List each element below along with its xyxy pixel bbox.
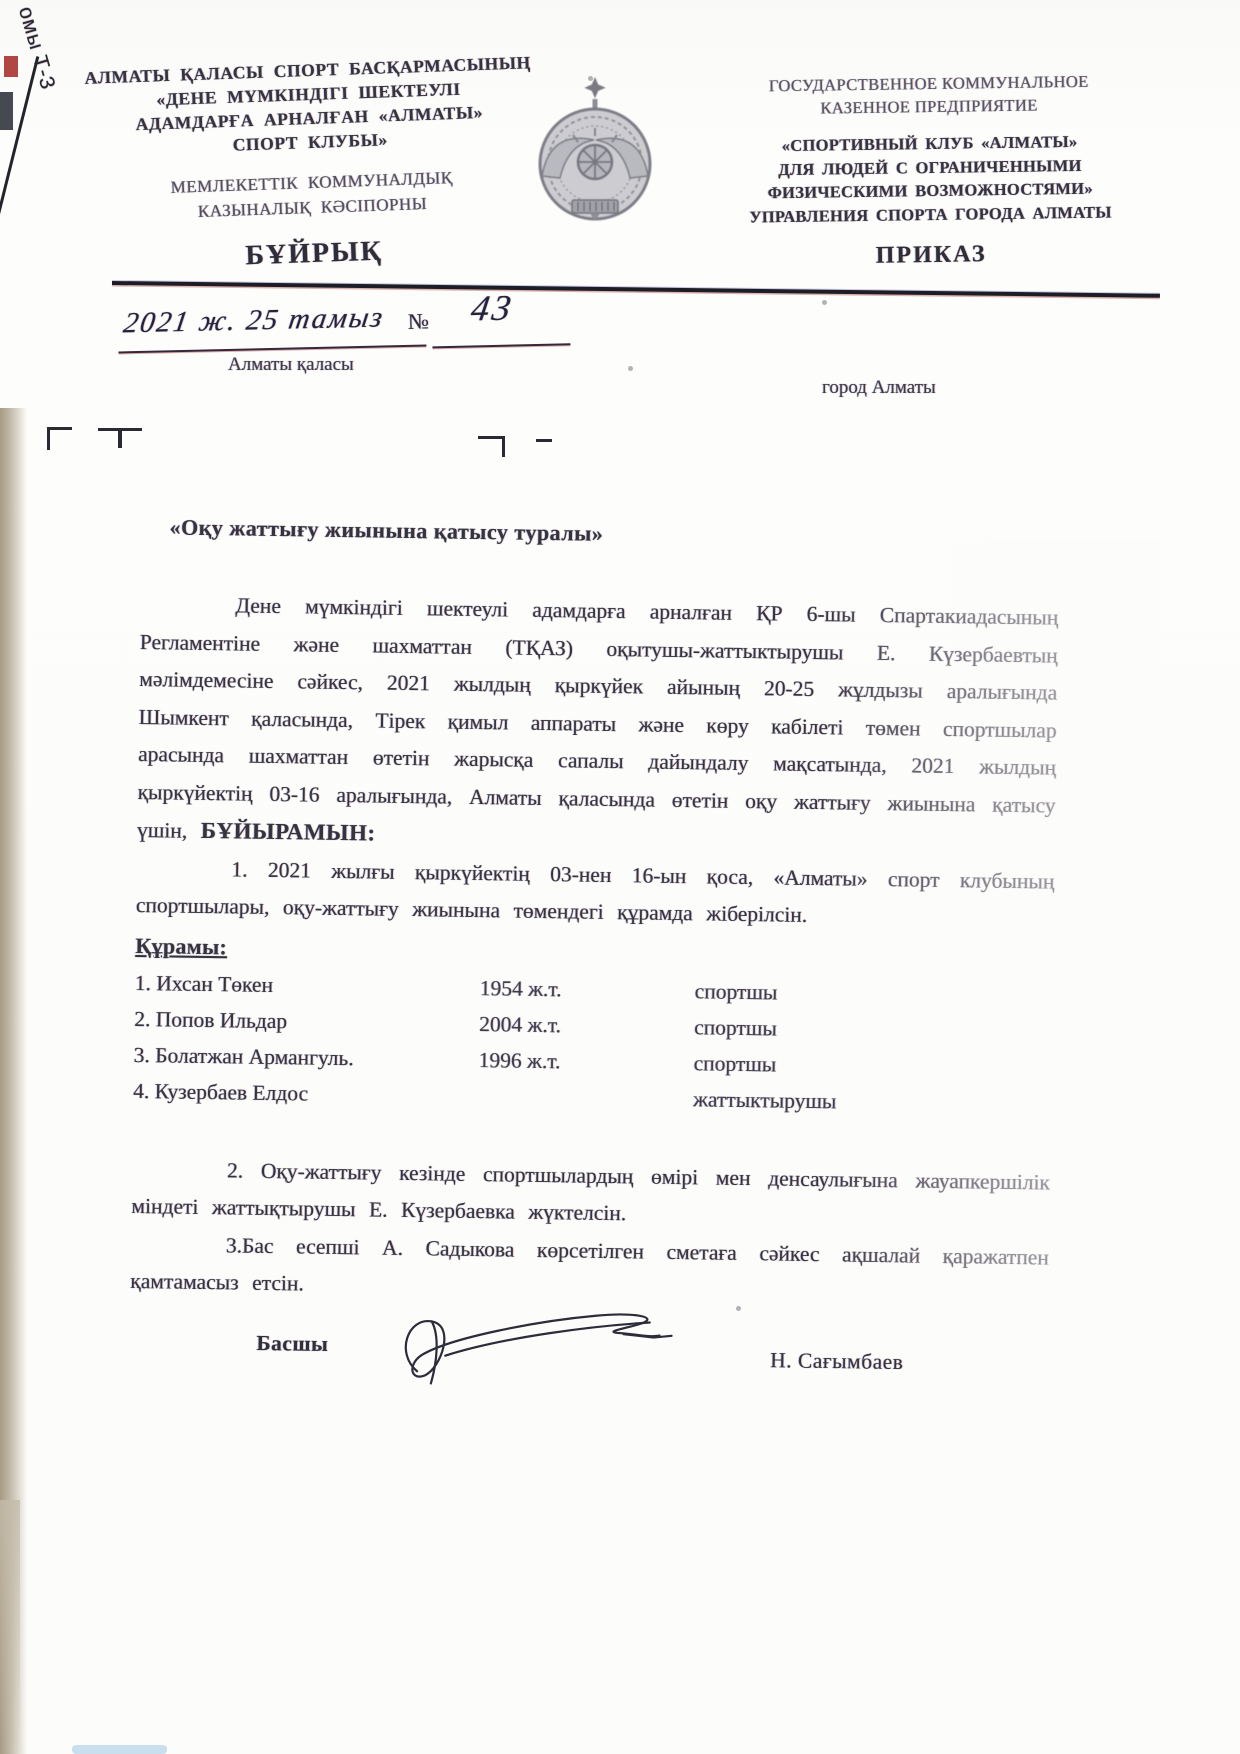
handwritten-signature [387, 1291, 688, 1400]
corner-bracket-right [478, 436, 505, 457]
signature-block: Басшы Н. Сағымбаев [141, 1309, 943, 1440]
handwritten-date: 2021 ж. 25 тамыз [121, 301, 386, 340]
header-kazakh: АЛМАТЫ ҚАЛАСЫ СПОРТ БАСҚАРМАСЫНЫҢ «ДЕНЕ … [81, 50, 540, 278]
bottom-blue-smudge [72, 1745, 167, 1754]
intro-paragraph: Дене мүмкіндігі шектеулі адамдарға арнал… [137, 586, 1059, 863]
scanned-order-document: омы Т-3 АЛМАТЫ ҚАЛАСЫ СПОРТ БАСҚАРМАСЫНЫ… [0, 0, 1240, 1754]
roster-role: жаттыктырушы [693, 1081, 1051, 1122]
roster-role: спортшы [695, 973, 1053, 1014]
intro-text: Дене мүмкіндігі шектеулі адамдарға арнал… [137, 593, 1059, 842]
dateline: 2021 ж. 25 тамыз № 43 [119, 293, 600, 364]
roster-birth-year: 2004 ж.т. [479, 1006, 695, 1045]
red-edge-mark [4, 56, 18, 77]
scan-edge-strip-lower [0, 1500, 20, 1754]
dark-edge-mark [0, 92, 13, 130]
roster-birth-year: 1954 ж.т. [480, 970, 696, 1009]
scan-speck [736, 1306, 741, 1311]
roster-name: 1. Ихсан Төкен [135, 964, 480, 1005]
roster-name: 4. Кузербаев Елдос [133, 1072, 478, 1113]
date-underline [118, 344, 426, 353]
roster-role: спортшы [693, 1045, 1051, 1086]
roster-role: спортшы [694, 1009, 1052, 1050]
handwritten-order-number: 43 [468, 286, 516, 329]
roster-birth-year [478, 1078, 694, 1117]
dash-mark [536, 439, 552, 442]
roster-name: 2. Попов Ильдар [134, 1000, 479, 1041]
signer-title: Басшы [256, 1331, 328, 1357]
order-title: «Оқу жаттығу жиынына қатысу туралы» [169, 512, 1059, 555]
header-russian: ГОСУДАРСТВЕННОЕ КОММУНАЛЬНОЕ КАЗЕННОЕ ПР… [694, 69, 1167, 273]
signer-name: Н. Сағымбаев [770, 1348, 904, 1375]
scan-speck [628, 366, 633, 371]
order-item-2: 2. Оқу-жаттығу кезінде спортшылардың өмі… [131, 1150, 1050, 1239]
order-item-1: 1. 2021 жылғы қыркүйектің 03-нен 16-ын қ… [136, 849, 1055, 938]
scan-speck [822, 300, 827, 305]
order-body: «Оқу жаттығу жиынына қатысу туралы» Дене… [130, 500, 1060, 1314]
header-divider-rule [112, 281, 1160, 298]
scan-speck [588, 76, 593, 81]
t-registration-mark [98, 428, 142, 450]
document-type-russian: ПРИКАЗ [696, 239, 1166, 273]
roster-birth-year: 1996 ж.т. [478, 1042, 694, 1081]
number-sign: № [408, 308, 430, 334]
place-kazakh: Алматы қаласы [228, 354, 354, 376]
roster-table: 1. Ихсан Төкен 1954 ж.т. спортшы 2. Попо… [133, 964, 1053, 1122]
order-word: БҰЙЫРАМЫН: [201, 818, 376, 846]
kazakhstan-coat-of-arms-icon [520, 74, 670, 229]
number-underline [432, 343, 570, 348]
roster-name: 3. Болатжан Армангуль. [134, 1036, 479, 1077]
corner-bracket-left [47, 427, 72, 450]
place-russian: город Алматы [822, 377, 936, 399]
rotated-edge-label: омы Т-3 [13, 4, 60, 93]
